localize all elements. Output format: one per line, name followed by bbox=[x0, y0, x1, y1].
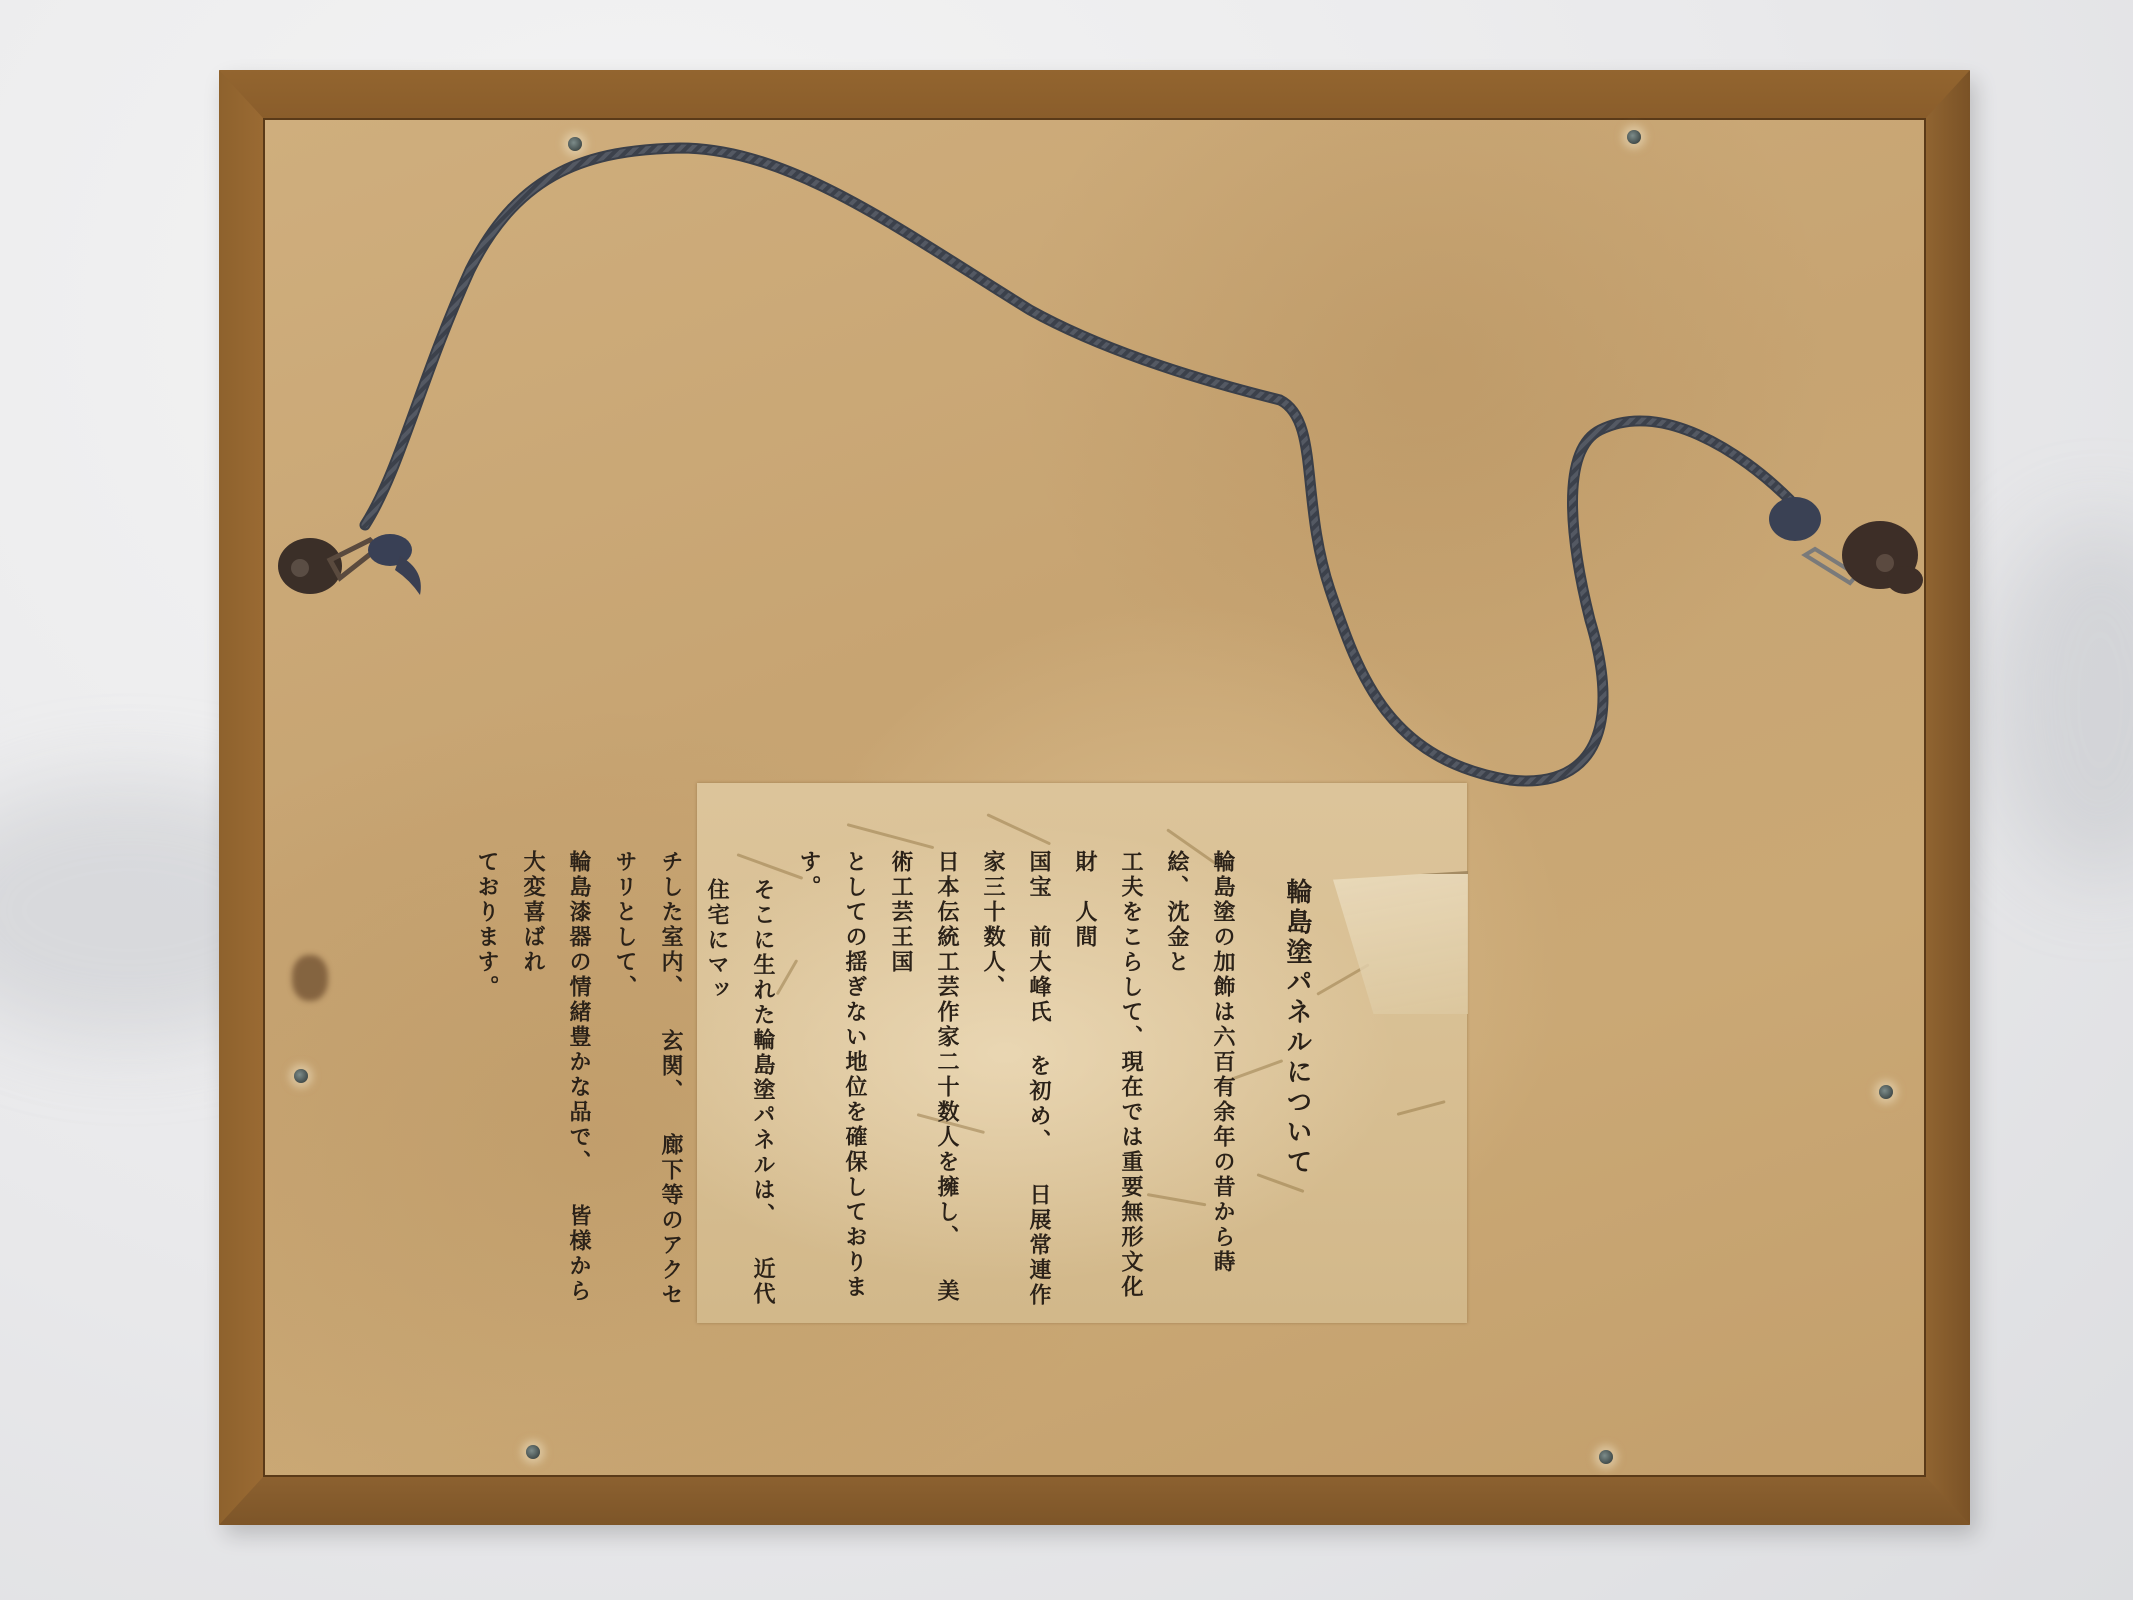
label-line: としての揺ぎない地位を確保しております。 bbox=[786, 850, 878, 1320]
label-vertical-text: 輪島塗パネルについて 輪島塗の加飾は六百有余年の昔から蒔絵、沈金と 工夫をこらし… bbox=[464, 850, 1320, 1320]
right-hanger-hook-icon bbox=[1755, 485, 1955, 605]
label-line: 日本伝統工芸作家二十数人を擁し、 美術工芸王国 bbox=[878, 850, 970, 1320]
label-line: 輪島塗の加飾は六百有余年の昔から蒔絵、沈金と bbox=[1154, 850, 1246, 1320]
label-line: そこに生れた輪島塗パネルは、 近代住宅にマッ bbox=[694, 850, 786, 1320]
label-line: ております。 bbox=[464, 850, 510, 1320]
frame-bottom-rail bbox=[219, 1477, 1970, 1525]
left-hanger-hook-icon bbox=[260, 500, 460, 610]
nail-icon bbox=[1627, 130, 1641, 144]
frame-top-rail bbox=[219, 70, 1970, 118]
frame-left-rail bbox=[219, 70, 263, 1525]
nail-icon bbox=[1879, 1085, 1893, 1099]
nail-icon bbox=[568, 137, 582, 151]
label-line: 工夫をこらして、現在では重要無形文化財 人間 bbox=[1062, 850, 1154, 1320]
frame-right-rail bbox=[1926, 70, 1970, 1525]
label-line: 国宝 前大峰氏 を初め、 日展常連作家三十数人、 bbox=[970, 850, 1062, 1320]
label-title: 輪島塗パネルについて bbox=[1274, 850, 1320, 1320]
nail-icon bbox=[526, 1445, 540, 1459]
stain-mark bbox=[292, 955, 328, 1001]
nail-icon bbox=[1599, 1450, 1613, 1464]
label-line: チした室内、 玄関、 廊下等のアクセサリとして、 bbox=[602, 850, 694, 1320]
nail-icon bbox=[294, 1069, 308, 1083]
label-line: 輪島漆器の情緒豊かな品で、 皆様から大変喜ばれ bbox=[510, 850, 602, 1320]
background-reflection-right bbox=[1990, 520, 2133, 880]
